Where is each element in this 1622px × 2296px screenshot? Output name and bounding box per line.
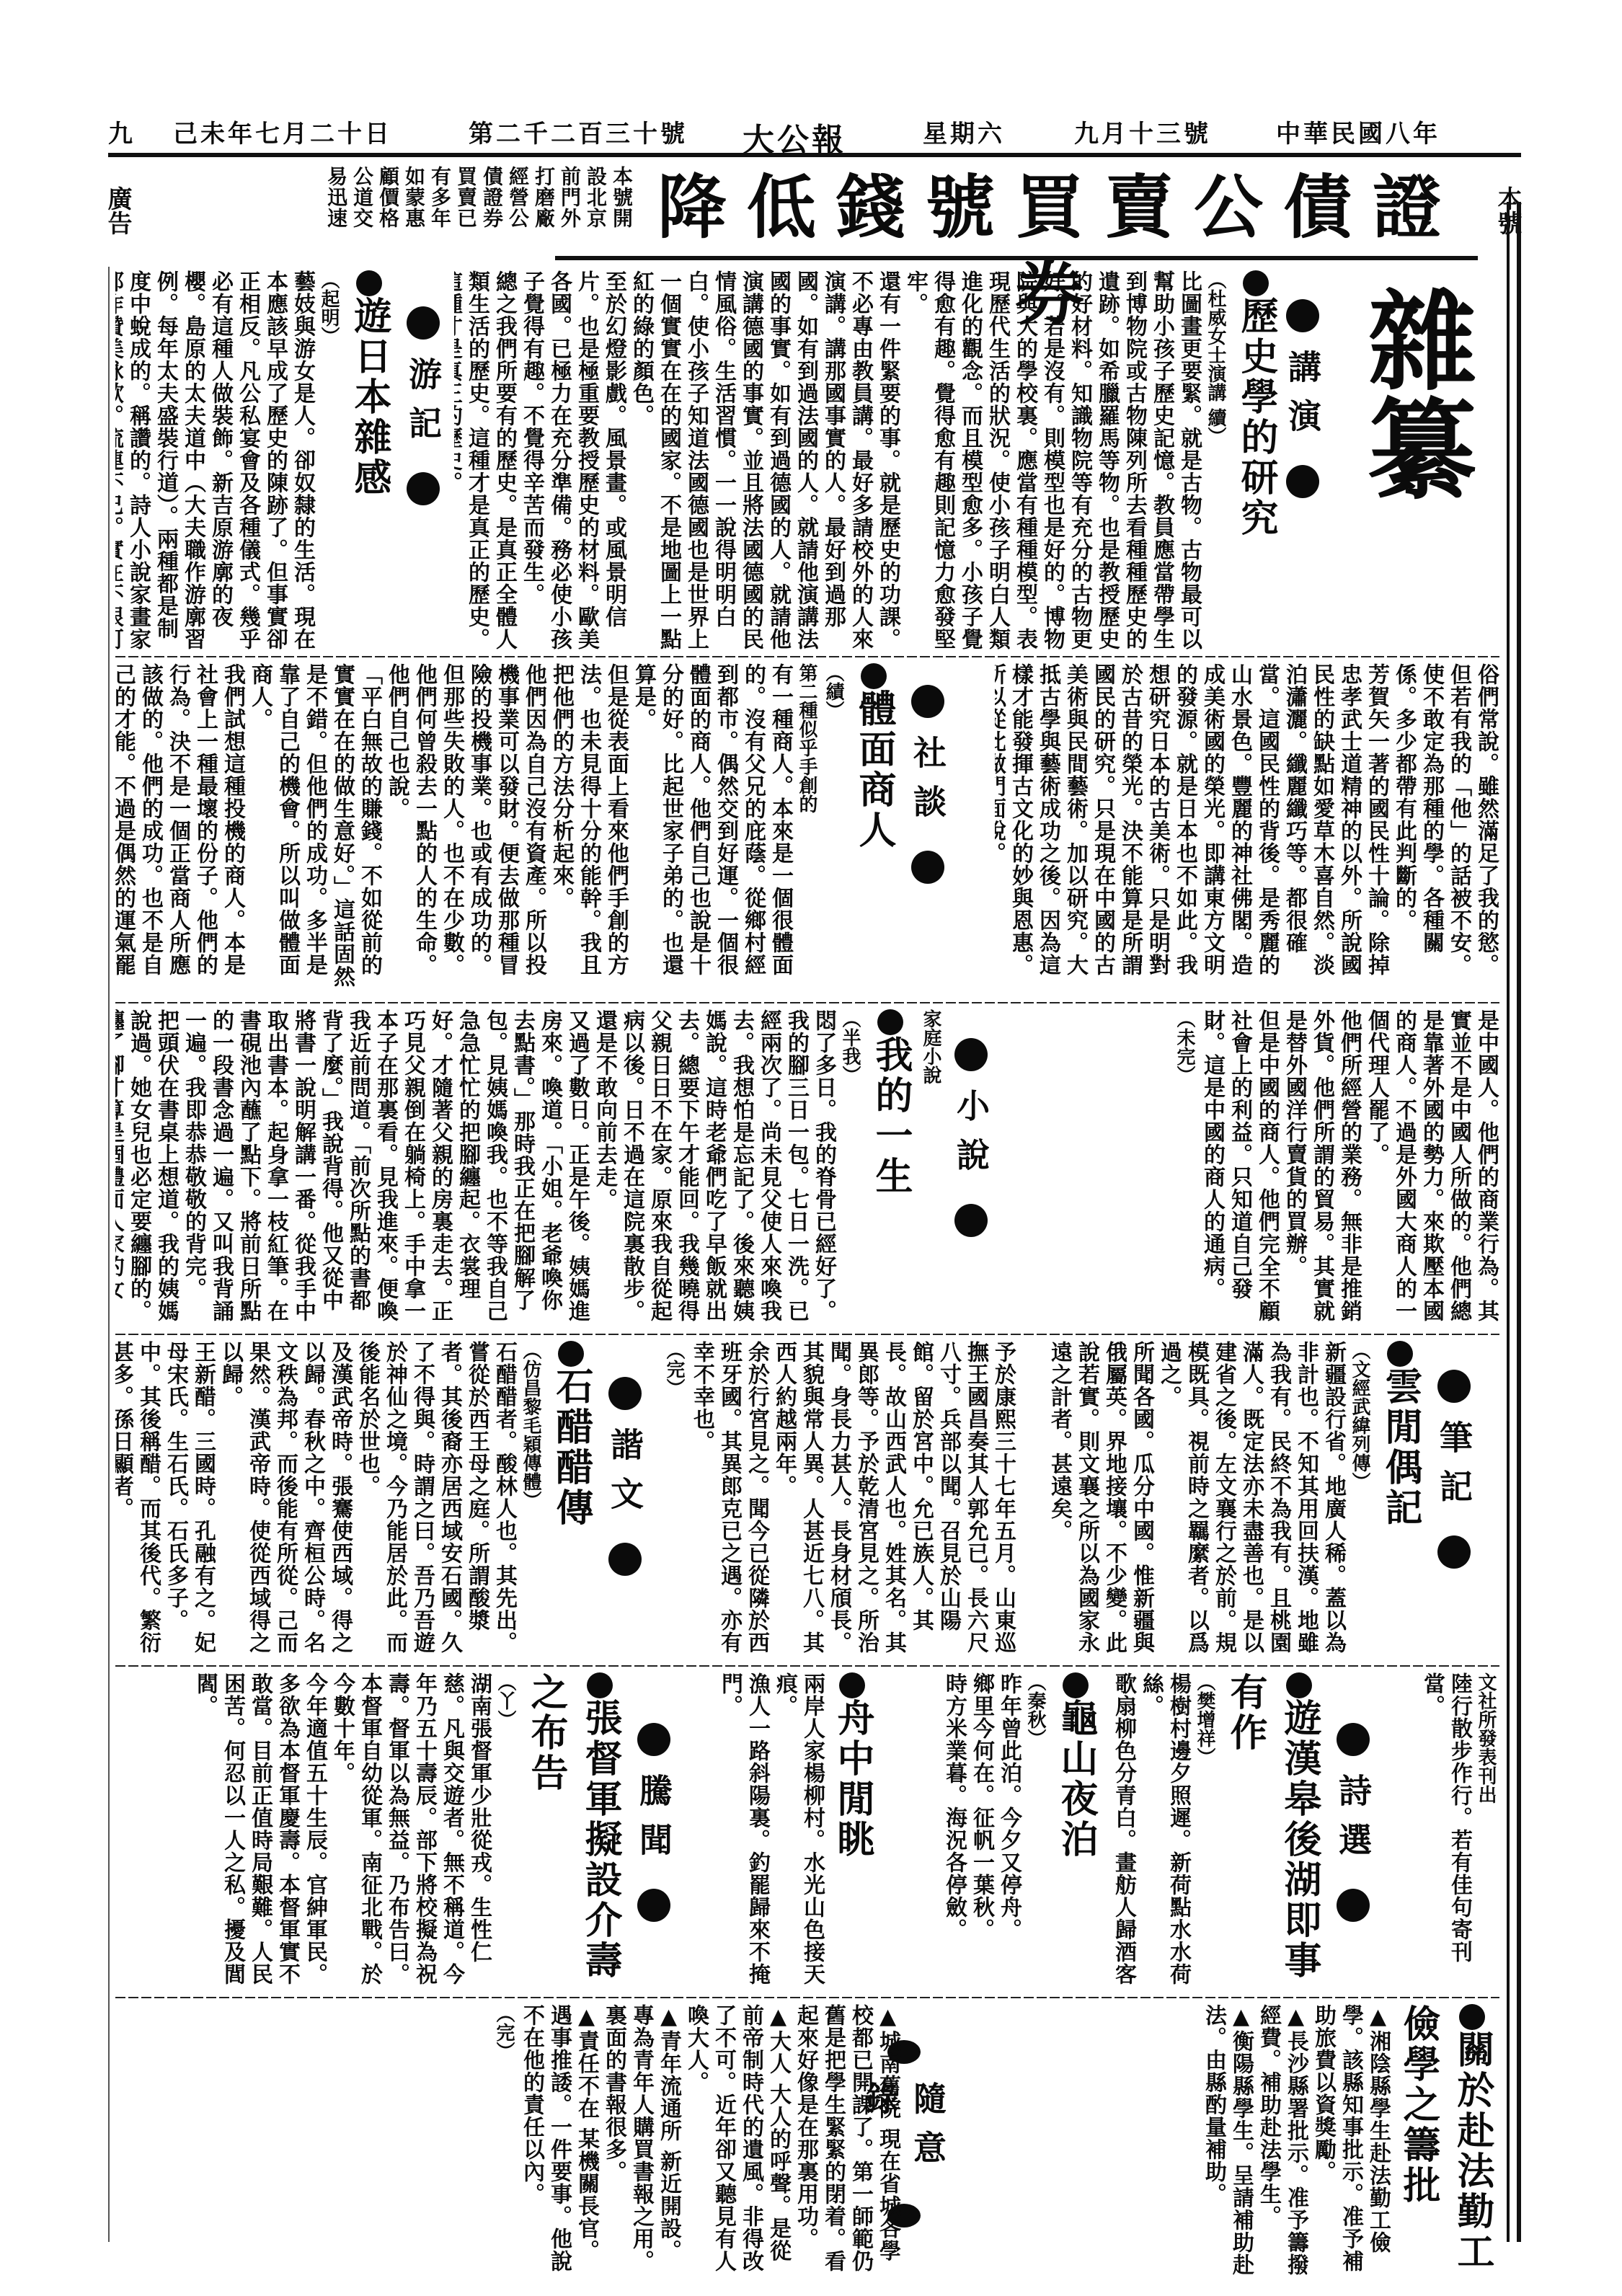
article-title: 歷史學的研究 (1229, 270, 1283, 652)
supplement-title: 雜纂 (1355, 285, 1471, 501)
note-item: ▲責任不在 某機關長官。遇事推諉。一件要事。他說不在他的責任以內。 (518, 2004, 600, 2278)
ad-notice-line: 經營公債證券買賣已有多年 (427, 166, 531, 245)
article-paragraph: 但是從表面上看來他們手創的方法。也未見得十分的能幹。我且把他們的方法分析起來。 (547, 663, 629, 995)
poem-line: 鄉里今何在。征帆一葉秋。 (967, 1672, 995, 1990)
tier-divider (115, 1334, 1499, 1335)
article-byline: （秦秋） (1022, 1672, 1049, 1990)
dateline: 九 己未年七月二十日 第二千二百三十號 大公報 星期六 九月十三號 中華民國八年 (108, 108, 1521, 151)
tier-6: 關於赴法勤工儉學之籌批 ▲湘陰縣學生赴法勤工儉學。該縣知事批示。准予補助旅費以資… (115, 2004, 1499, 2278)
bullet-dot-icon (1243, 270, 1269, 296)
section-label: 小說 (947, 1089, 995, 1187)
article-paragraph: 還有一件緊要的事。就是歷史的功課。不必專由教員講。最好多請校外的人來演講。講那國… (627, 270, 901, 652)
article-japan-travel: 遊日本雜感 （起明） 藝妓與游女是人。卻奴隸的生活。現在本應該早成了歷史的陳跡了… (115, 270, 396, 652)
tier-divider (115, 1002, 1499, 1003)
section-label: 筆記 (1430, 1420, 1478, 1518)
article-title: 張督軍擬設介壽之布告 (519, 1672, 627, 1990)
bullet-dot-icon (356, 270, 382, 296)
article-paragraph: 余於行宮見之。聞今已從隣於西班牙國。其異郎克已之遇。亦有幸不幸也。 (688, 1341, 770, 1658)
poem-line: 歌扇柳色分青白。畫舫人歸酒客疑。 (1110, 1672, 1137, 1990)
poem-line: 兩岸人家楊柳村。水光山色接天痕。 (771, 1672, 825, 1990)
banner-rule (555, 256, 1478, 260)
article-title: 遊日本雜感 (342, 270, 396, 652)
bullet-dot-icon (839, 1672, 865, 1698)
article-paragraph: 「平白無故的賺錢。不如從前的實實在在的做生意好。」這話固然是不錯。但他們的成功。… (246, 663, 383, 995)
page-frame-right (1507, 202, 1521, 2242)
article-byline: （樊增祥） (1192, 1672, 1218, 1990)
bullet-dot-icon (407, 472, 440, 505)
section-head-poetry: 詩選 (1329, 1716, 1377, 1946)
tier-2: 俗們常說。雖然滿足了我的慾。但若有我的「他」的話被不安。使不敢定為那種的學。各種… (115, 663, 1499, 995)
article-paragraph: 又過了數日。正是午後。姨媽進房來。喚道。「小姐。老爺喚你去點書。」那時我正在把腳… (180, 1009, 590, 1326)
note-item: ▲城南舊院 現在省城各學校都已開課了。第一師範仍舊是把學生緊緊的閉着。看起來好像… (792, 2004, 901, 2278)
page-frame-left (108, 267, 110, 2242)
article-paragraph: 石醋醋者。酸林人也。其先出。嘗從於西王母之庭。所謂酸漿者。其後裔亦居西域安石國。… (353, 1341, 518, 1658)
end-mark: （完） (663, 1341, 688, 1658)
bullet-dot-icon (1337, 1889, 1370, 1922)
section-head-lecture: 講演 (1279, 292, 1326, 624)
poem-turtle-hill: 龜山夜泊 （秦秋） 昨年曾此泊。今夕又停舟。 鄉里今何在。征帆一葉秋。 時方米業… (887, 1672, 1103, 1990)
poem-line: 昨年曾此泊。今夕又停舟。 (995, 1672, 1022, 1990)
masthead-rule (108, 153, 1521, 157)
article-title: 舟中閒眺 (825, 1672, 879, 1990)
article-my-life: 家庭小說 我的一生 （半我） 悶了多日。我的脊骨已經好了。我的腳三日一包。七日一… (115, 1009, 944, 1326)
article-random-notes: ▲城南舊院 現在省城各學校都已開課了。第一師範仍舊是把學生緊緊的閉着。看起來好像… (115, 2004, 901, 2278)
bullet-dot-icon (608, 1377, 642, 1410)
newspaper-page: 九 己未年七月二十日 第二千二百三十號 大公報 星期六 九月十三號 中華民國八年… (108, 108, 1521, 2242)
poem-line: 楊樹村邊夕照遲。新荷點水水荷絲。 (1137, 1672, 1192, 1990)
article-paragraph: 湖南張督軍少壯從戎。生性仁慈。凡與交遊者。無不稱道。今年乃五十壽辰。部下將校擬為… (328, 1672, 492, 1990)
article-byline: （杜威女士演講 續） (1202, 270, 1229, 652)
ad-notice-line: 如蒙惠顧價格公道交易迅速 (323, 166, 427, 245)
bullet-dot-icon (1459, 2004, 1485, 2030)
bullet-dot-icon (954, 1204, 988, 1237)
note-item: ▲青年流通所 新近開設。專為青年人購買書報之用。裏面的書報很多。 (600, 2004, 682, 2278)
article-genre: 家庭小說 (918, 1009, 944, 1326)
section-head-humor: 諧文 (601, 1370, 649, 1629)
article-byline: （績） (820, 663, 847, 995)
article-paragraph: 所聞各國。瓜分中國。惟新疆與俄屬英。界地接壤。不少變。此說若實。則文襄之所以為國… (1045, 1341, 1155, 1658)
article-cloud-notes: 雲閒偶記 （文經武緯列傳） 新疆設行省。地廣人稀。蓋以為非計也。不知其用回扶漢。… (1024, 1341, 1427, 1658)
section-label: 社談 (904, 735, 952, 833)
article-byline: （半我） (837, 1009, 864, 1326)
page-number: 九 (108, 114, 136, 149)
news-item: ▲衡陽縣學生。呈請補助赴法。由縣酌量補助。 (1200, 2004, 1254, 2278)
article-byline: （丫） (492, 1672, 519, 1990)
tier-3: 是中國人。他們的商業行為。其實並不是中國人所做的。他們總是靠著外國的勢力。來欺壓… (115, 1009, 1499, 1326)
news-item: ▲湘陰縣學生赴法勤工儉學。該縣知事批示。准予補助旅費以資獎勵。 (1309, 2004, 1391, 2278)
article-foreign-merchant: 是中國人。他們的商業行為。其實並不是中國人所做的。他們總是靠著外國的勢力。來欺壓… (1038, 1009, 1499, 1326)
poem-han-lake: 遊漢皋後湖即事有作 （樊增祥） 楊樹村邊夕照遲。新荷點水水荷絲。 歌扇柳色分青白… (1110, 1672, 1326, 1990)
bullet-dot-icon (1063, 1672, 1089, 1698)
tier-5: 文社所發表刊出 陸行散步作行。若有佳句寄刊當。 詩選 遊漢皋後湖即事有作 （樊增… (115, 1672, 1499, 1990)
article-paragraph: 把頭伏在書桌上想道。我的姨媽說過。她女兒也必定要纏腳的。纏了腳才算是個體面人家的… (115, 1009, 180, 1326)
section-label: 游記 (399, 357, 447, 455)
article-paragraph: 比圖畫更要緊。就是古物。古物最可以幫助小孩子歷史記憶。教員應當帶學生到博物院或古… (901, 270, 1202, 652)
bullet-dot-icon (1286, 299, 1319, 332)
bullet-dot-icon (954, 1038, 988, 1071)
bullet-dot-icon (1437, 1370, 1471, 1403)
bullet-dot-icon (1387, 1341, 1413, 1367)
bullet-dot-icon (877, 1009, 903, 1035)
bullet-dot-icon (558, 1341, 584, 1367)
article-japan-art: 俗們常說。雖然滿足了我的慾。但若有我的「他」的話被不安。使不敢定為那種的學。各種… (995, 663, 1499, 995)
article-byline: （起明） (316, 270, 342, 652)
republic-year: 中華民國八年 (1276, 114, 1440, 149)
article-title: 關於赴法勤工儉學之籌批 (1391, 2004, 1499, 2278)
end-mark: （完） (491, 2004, 518, 2278)
article-paragraph: 藝妓與游女是人。卻奴隸的生活。現在本應該早成了歷史的陳跡了。但事實卻正相反。凡公… (115, 270, 316, 652)
article-paragraph: 他們所經營的業務。無非是推銷外貨。他們所謂的貿易。其實就是替外國洋行賣貨的買辦。 (1280, 1009, 1362, 1326)
issue-number: 第二千二百三十號 (469, 114, 688, 149)
bullet-dot-icon (407, 306, 440, 340)
article-paragraph: 及漢武帝時。張騫使西域。得之以歸。春秋之中。齊桓公時。名文秩為邦。而後能有所從。… (216, 1341, 353, 1658)
section-head-notes: 筆記 (1430, 1362, 1478, 1636)
article-history-study: 歷史學的研究 （杜威女士演講 續） 比圖畫更要緊。就是古物。古物最可以幫助小孩子… (454, 270, 1283, 652)
news-item: ▲長沙縣署批示。准予籌撥經費。補助赴法學生。 (1254, 2004, 1309, 2278)
ad-notice: 本號開設北京前門外打磨廠 經營公債證券買賣已有多年 如蒙惠顧價格公道交易迅速 (130, 166, 634, 245)
tier-1: 雜纂 講演 歷史學的研究 （杜威女士演講 續） 比圖畫更要緊。就是古物。古物最可… (115, 270, 1499, 652)
section-label: 詩選 (1329, 1773, 1377, 1871)
weekday: 星期六 (923, 114, 1005, 149)
section-label: 騰聞 (630, 1773, 678, 1871)
tier-divider (115, 1665, 1499, 1667)
article-paragraph: 悶了多日。我的脊骨已經好了。我的腳三日一包。七日一洗。已經兩次了。尚未見父使人來… (590, 1009, 837, 1326)
article-byline: （仿昌黎毛穎傳體） (518, 1341, 544, 1658)
article-paragraph: 至於幻燈影戲。風景畫。或風景明信片。也是極重要教授歷史的材料。歐美各國。已極力在… (518, 270, 627, 652)
poem-boat-view: 舟中閒眺 兩岸人家楊柳村。水光山色接天痕。 漁人一路斜陽裏。釣罷歸來不掩門。 (692, 1672, 879, 1990)
article-vinegar-biography: 石醋醋傳 （仿昌黎毛穎傳體） 石醋醋者。酸林人也。其先出。嘗從於西王母之庭。所謂… (115, 1341, 598, 1658)
bullet-dot-icon (608, 1543, 642, 1576)
month-day: 九月十三號 (1074, 114, 1211, 149)
article-title: 雲閒偶記 (1373, 1341, 1427, 1658)
section-head-news: 騰聞 (630, 1716, 678, 1946)
article-paragraph: 俗們常說。雖然滿足了我的慾。但若有我的「他」的話被不安。使不敢定為那種的學。各種… (1390, 663, 1499, 995)
poem-line: 漁人一路斜陽裏。釣罷歸來不掩門。 (716, 1672, 771, 1990)
section-head-fiction: 小說 (947, 1031, 995, 1305)
article-governor-notice: 張督軍擬設介壽之布告 （丫） 湖南張督軍少壯從戎。生性仁慈。凡與交遊者。無不稱道… (115, 1672, 627, 1990)
article-paragraph: 予於康熙三十七年五月。山東巡撫王國昌奏其人郭允已。長六尺八寸。兵部以聞。召見於山… (770, 1341, 1016, 1658)
article-giant-record: 予於康熙三十七年五月。山東巡撫王國昌奏其人郭允已。長六尺八寸。兵部以聞。召見於山… (663, 1341, 1016, 1658)
article-paragraph: 新疆設行省。地廣人稀。蓋以為非計也。不知其用回扶漢。地雖為我有。民終不為我有。且… (1155, 1341, 1347, 1658)
section-label: 講演 (1279, 350, 1326, 448)
article-title: 文社所發表刊出 (1473, 1672, 1499, 1990)
bullet-dot-icon (1286, 465, 1319, 498)
article-subtitle: 第二種似乎手創的 (794, 663, 820, 995)
article-title: 龜山夜泊 (1049, 1672, 1103, 1990)
bullet-dot-icon (911, 685, 944, 718)
bullet-dot-icon (587, 1672, 613, 1698)
bullet-dot-icon (1286, 1672, 1312, 1698)
lunar-date: 己未年七月二十日 (173, 114, 392, 149)
section-head-travel: 游記 (399, 299, 447, 544)
article-title: 遊漢皋後湖即事有作 (1218, 1672, 1326, 1990)
article-title: 體面商人 (847, 663, 901, 995)
bullet-dot-icon (1437, 1535, 1471, 1569)
article-paragraph: 是中國人。他們的商業行為。其實並不是中國人所做的。他們總是靠著外國的勢力。來欺壓… (1362, 1009, 1499, 1326)
section-label: 諧文 (601, 1427, 649, 1525)
article-paragraph: 王新醋。三國時。孔融有之。妃母宋氏。生石氏。石氏多子。中。其後稱醋。而其後代。繁… (115, 1341, 216, 1658)
article-title: 石醋醋傳 (544, 1341, 598, 1658)
article-title: 我的一生 (864, 1009, 918, 1326)
bullet-dot-icon (911, 851, 944, 884)
article-byline: （文經武緯列傳） (1347, 1341, 1373, 1658)
article-poem-society: 文社所發表刊出 陸行散步作行。若有佳句寄刊當。 (1391, 1672, 1499, 1990)
article-decent-merchant: 體面商人 （績） 第二種似乎手創的 有一種商人。本來是一個很體面的。沒有父兄的庇… (115, 663, 901, 995)
article-paragraph: 但是中國的商人。他們完全不顧社會上的利益。只知道自己發財。這是中國的商人的通病。 (1198, 1009, 1280, 1326)
ad-notice-line: 本號開設北京前門外打磨廠 (531, 166, 634, 245)
article-work-study: 關於赴法勤工儉學之籌批 ▲湘陰縣學生赴法勤工儉學。該縣知事批示。准予補助旅費以資… (1009, 2004, 1499, 2278)
tier-divider (115, 1997, 1499, 1998)
article-paragraph: 他們因為自己沒有資產。所以投機事業可以發財。便去做那種冒險的投機事業。也或有成功… (383, 663, 547, 995)
article-paragraph: 今年適值五十生辰。官紳軍民。多欲為本督軍慶壽。本督軍實不敢當。目前正值時局艱難。… (191, 1672, 328, 1990)
bullet-dot-icon (637, 1723, 670, 1756)
note-item: ▲大人 大人的呼聲。是從前帝制時代的遺風。非得改了不可。近年卻又聽見有人喚大人。 (682, 2004, 792, 2278)
tier-4: 筆記 雲閒偶記 （文經武緯列傳） 新疆設行省。地廣人稀。蓋以為非計也。不知其用回… (115, 1341, 1499, 1658)
article-paragraph: 芳賀矢一著的國民性十論。除掉忠孝武士道精神的以外。所說國民性的缺點如愛草木喜自然… (995, 663, 1390, 995)
article-paragraph: 我們試想這種投機的商人。本是社會上一種最壞的份子。他們的行為。決不是一個正當商人… (115, 663, 246, 995)
ad-headline: 降低錢號買賣公債證券 (656, 164, 1463, 251)
end-mark: （未完） (1171, 1009, 1198, 1326)
bullet-dot-icon (861, 663, 887, 689)
tier-divider (115, 656, 1499, 657)
poem-line: 陸行散步作行。若有佳句寄刊當。 (1418, 1672, 1473, 1990)
article-paragraph: 總之我們所要有的歷史。是真正全體人類生活的歷史。這種才是真正的歷史。這種才是真正… (454, 270, 518, 652)
article-paragraph: 有一種商人。本來是一個很體面的。沒有父兄的庇蔭。從鄉村經到都市。偶然交到好運。一… (629, 663, 794, 995)
bullet-dot-icon (637, 1889, 670, 1922)
poem-line: 時方米業暮。海況各停斂。 (940, 1672, 967, 1990)
section-head-editorial: 社談 (904, 678, 952, 966)
bullet-dot-icon (1337, 1723, 1370, 1756)
